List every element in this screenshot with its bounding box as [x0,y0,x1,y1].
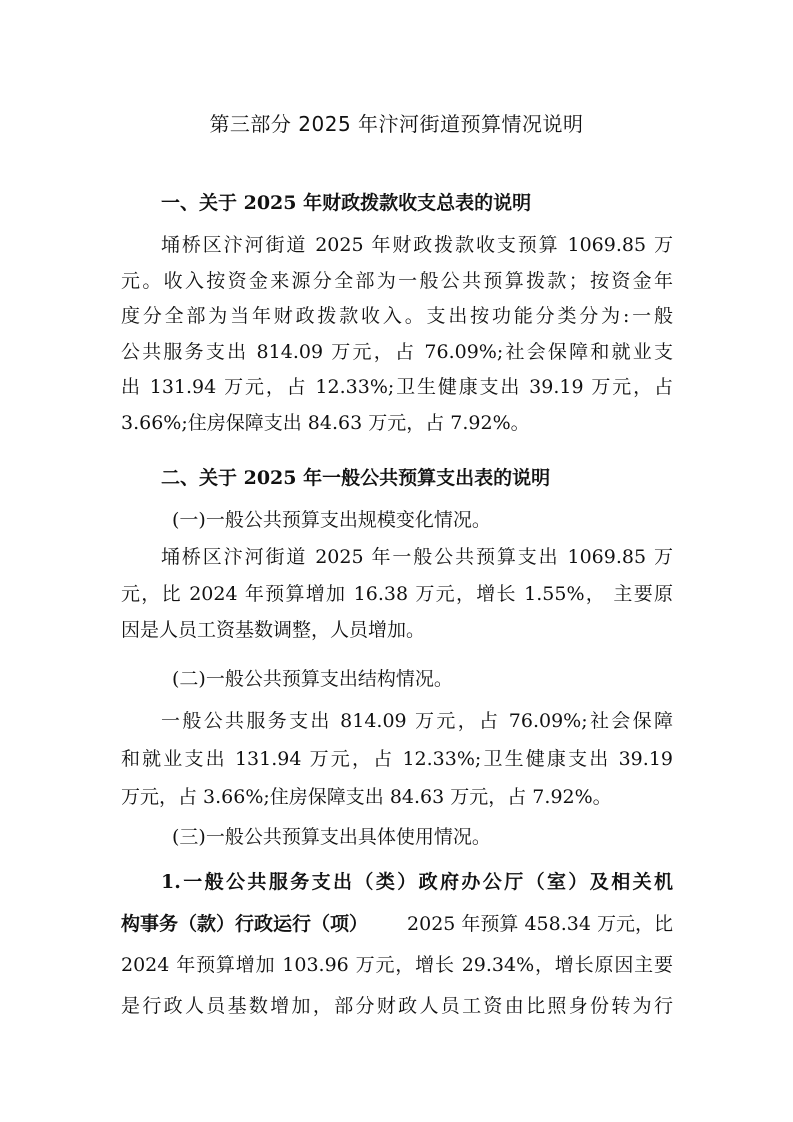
document-page: 第三部分 2025 年汴河街道预算情况说明 一、关于 2025 年财政拨款收支总… [0,0,793,1122]
section-heading-2: 二、关于 2025 年一般公共预算支出表的说明 [161,466,673,490]
paragraph-line: 埇桥区汴河街道 2025 年财政拨款收支预算 1069.85 万 [161,233,673,257]
paragraph-line: 公共服务支出 814.09 万元，占 76.09%;社会保障和就业支 [121,340,673,364]
paragraph-line: 元，比 2024 年预算增加 16.38 万元，增长 1.55%， 主要原 [121,582,673,606]
paragraph-line: 埇桥区汴河街道 2025 年一般公共预算支出 1069.85 万 [161,545,673,569]
paragraph-line: 元。收入按资金来源分全部为一般公共预算拨款；按资金年 [121,269,673,293]
paragraph-line: 和就业支出 131.94 万元，占 12.33%;卫生健康支出 39.19 [121,747,673,771]
paragraph-line: 一般公共服务支出 814.09 万元，占 76.09%;社会保障 [161,709,673,733]
paragraph-line: 因是人员工资基数调整，人员增加。 [121,618,673,642]
section-heading-1: 一、关于 2025 年财政拨款收支总表的说明 [161,191,673,215]
paragraph-line: 度分全部为当年财政拨款收入。支出按功能分类分为:一般 [121,304,673,328]
item-line-2: 构事务（款）行政运行（项） 2025 年预算 458.34 万元，比 [121,912,673,936]
item-heading-line: 1.一般公共服务支出（类）政府办公厅（室）及相关机 [161,870,673,894]
subsection-heading-2: (二)一般公共预算支出结构情况。 [172,667,672,691]
page-title: 第三部分 2025 年汴河街道预算情况说明 [0,108,793,137]
subsection-heading-3: (三)一般公共预算支出具体使用情况。 [172,825,672,849]
item-budget-text: 2025 年预算 458.34 万元，比 [407,912,673,936]
paragraph-line: 2024 年预算增加 103.96 万元，增长 29.34%，增长原因主要 [121,953,673,977]
paragraph-line: 3.66%;住房保障支出 84.63 万元，占 7.92%。 [121,411,673,435]
paragraph-line: 出 131.94 万元，占 12.33%;卫生健康支出 39.19 万元，占 [121,375,673,399]
paragraph-line: 万元，占 3.66%;住房保障支出 84.63 万元，占 7.92%。 [121,785,673,809]
item-heading-continued: 构事务（款）行政运行（项） [121,912,368,936]
paragraph-line: 是行政人员基数增加，部分财政人员工资由比照身份转为行 [121,994,673,1018]
subsection-heading-1: (一)一般公共预算支出规模变化情况。 [172,508,672,532]
